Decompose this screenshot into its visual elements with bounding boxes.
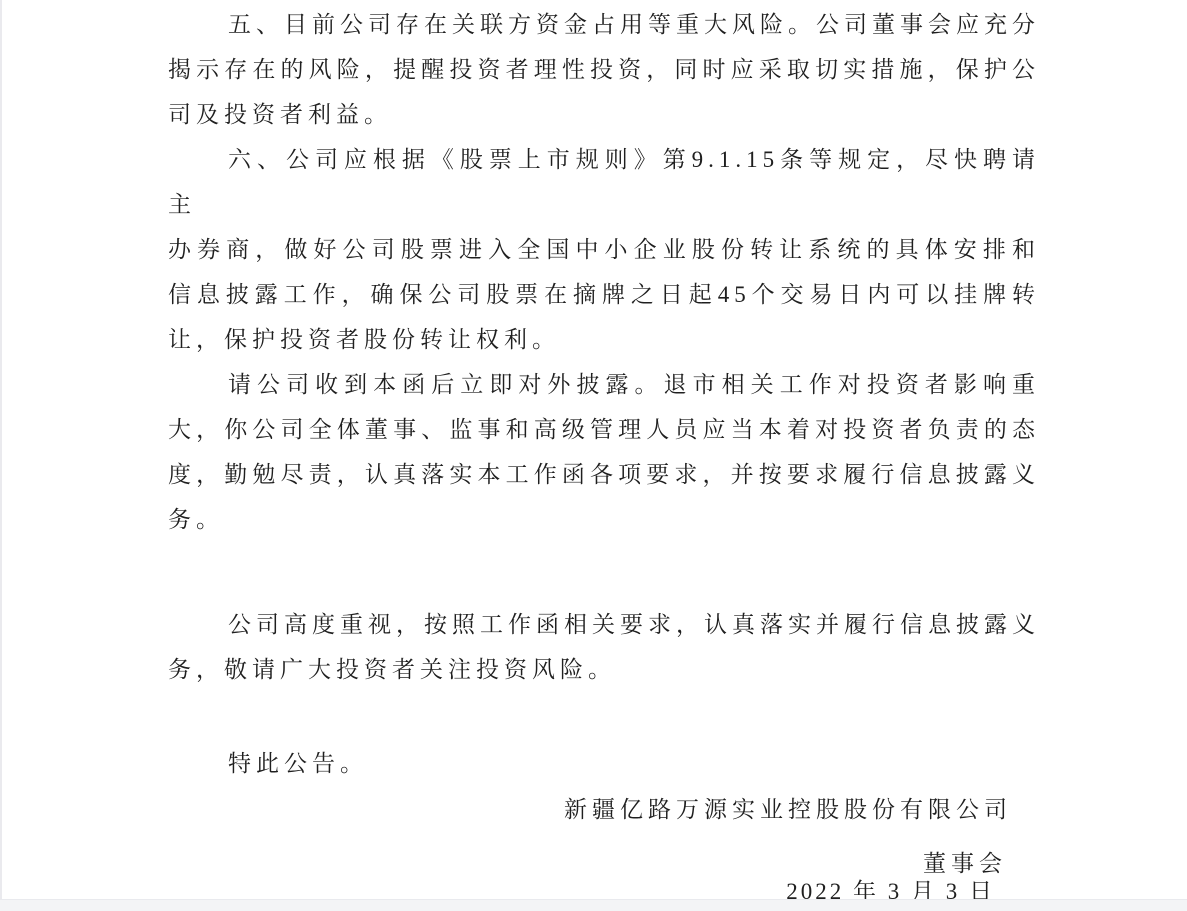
text-line: 六、公司应根据《股票上市规则》第9.1.15条等规定，尽快聘请主 (168, 137, 1040, 227)
paragraph-company-response: 公司高度重视，按照工作函相关要求，认真落实并履行信息披露义 务，敬请广大投资者关… (168, 602, 1040, 692)
text-line: 请公司收到本函后立即对外披露。退市相关工作对投资者影响重 (168, 362, 1040, 407)
signature-company-name: 新疆亿路万源实业控股股份有限公司 (564, 787, 1012, 832)
text-line: 办券商，做好公司股票进入全国中小企业股份转让系统的具体安排和 (168, 227, 1040, 272)
text-line: 特此公告。 (168, 741, 1040, 786)
document-body: 五、目前公司存在关联方资金占用等重大风险。公司董事会应充分 揭示存在的风险，提醒… (168, 2, 1040, 786)
paragraph-listing-rules: 六、公司应根据《股票上市规则》第9.1.15条等规定，尽快聘请主 办券商，做好公… (168, 137, 1040, 362)
document-page: 五、目前公司存在关联方资金占用等重大风险。公司董事会应充分 揭示存在的风险，提醒… (0, 0, 1187, 911)
page-left-edge-line (0, 0, 2, 899)
text-line: 公司高度重视，按照工作函相关要求，认真落实并履行信息披露义 (168, 602, 1040, 647)
text-line: 司及投资者利益。 (168, 92, 1040, 137)
text-line: 让，保护投资者股份转让权利。 (168, 317, 1040, 362)
text-line: 度，勤勉尽责，认真落实本工作函各项要求，并按要求履行信息披露义 (168, 452, 1040, 497)
text-line: 务。 (168, 497, 1040, 542)
paragraph-announcement-closing: 特此公告。 (168, 741, 1040, 786)
paragraph-disclosure-requirement: 请公司收到本函后立即对外披露。退市相关工作对投资者影响重 大，你公司全体董事、监… (168, 362, 1040, 542)
paragraph-related-party-risk: 五、目前公司存在关联方资金占用等重大风险。公司董事会应充分 揭示存在的风险，提醒… (168, 2, 1040, 137)
text-line: 揭示存在的风险，提醒投资者理性投资，同时应采取切实措施，保护公 (168, 47, 1040, 92)
text-line: 信息披露工作，确保公司股票在摘牌之日起45个交易日内可以挂牌转 (168, 272, 1040, 317)
text-line: 五、目前公司存在关联方资金占用等重大风险。公司董事会应充分 (168, 2, 1040, 47)
page-bottom-band (0, 899, 1187, 911)
text-line: 大，你公司全体董事、监事和高级管理人员应当本着对投资者负责的态 (168, 407, 1040, 452)
text-line: 务，敬请广大投资者关注投资风险。 (168, 647, 1040, 692)
